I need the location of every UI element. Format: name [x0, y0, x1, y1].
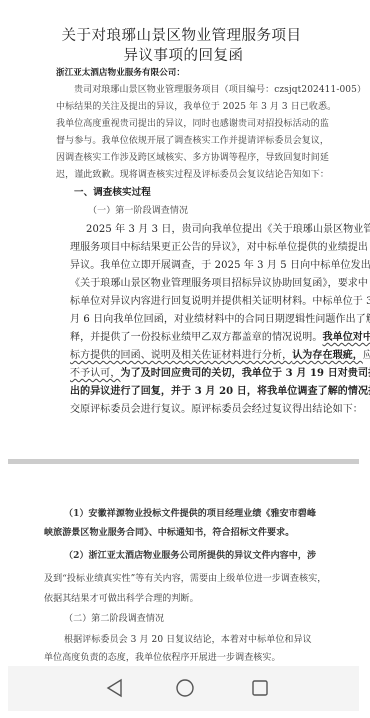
body-line: 因调查核实工作涉及跨区域核实、多方协调等程序，导致回复时间延	[56, 150, 329, 163]
document-title-line-2: 异议事项的回复函	[8, 44, 359, 65]
page2-line: 及到“投标业绩真实性”等有关内容，需要由上级单位进一步调查核实，	[44, 571, 326, 584]
stage1-line7-a: 释，并提供了一份投标业绩甲乙双方都盖章的情况说明。	[70, 332, 323, 343]
back-button[interactable]	[103, 676, 127, 700]
stage2-line: 单位高度负责的态度，我单位依程序开展进一步调查核实。	[44, 650, 281, 663]
stage1-line: 不予认可，为了及时回应贵司的关切，我单位于 3 月 19 日对贵司提	[70, 364, 370, 379]
subsection-heading-2: （二）第二阶段调查情况	[64, 611, 164, 624]
stage1-line8-c: 应	[363, 350, 370, 361]
highlighted-text: 不予认可，	[70, 368, 121, 379]
stage1-line: 标单位对异议内容进行回复说明并提供相关证明材料。中标单位于 3	[70, 292, 370, 307]
highlighted-text: 认为存在瑕疵，	[292, 350, 363, 361]
stage2-line: 根据评标委员会 3 月 20 日复议结论，本着对中标单位和异议	[64, 632, 312, 645]
subsection-heading-1: （一）第一阶段调查情况	[88, 203, 188, 216]
home-circle-icon	[175, 678, 195, 698]
stage1-line: 异议。我单位立即开展调查，于 2025 年 3 月 5 日向中标单位发出	[70, 256, 370, 271]
document-page-1: 关于对琅琊山景区物业管理服务项目 异议事项的回复函 浙江亚太酒店物业服务有限公司…	[8, 0, 359, 455]
page2-line: 峡旅游景区物业服务合同》、中标通知书，符合招标文件要求。	[44, 525, 294, 538]
stage1-line9-b: 为了及时回应贵司的关切，我单位于 3 月 19 日对贵司提	[121, 368, 370, 379]
recent-apps-button[interactable]	[248, 676, 272, 700]
page2-line: （2）浙江亚太酒店物业服务公司所提供的异议文件内容中，涉	[64, 548, 316, 561]
stage1-line: 理服务项目中标结果更正公告的异议》，对中标单位提供的业绩提出	[70, 238, 368, 253]
page2-line: （1）安徽祥源物业投标文件提供的项目经理业绩《雅安市碧峰	[64, 506, 316, 519]
stage1-line: 月 6 日向我单位回函，对业绩材料中的合同日期逻辑性问题作出了解	[70, 310, 370, 325]
highlighted-text: 我单位对中	[323, 332, 370, 343]
stage1-line: 交原评标委员会进行复议。原评标委员会经过复议得出结论如下：	[70, 400, 363, 415]
stage1-line: 标方提供的回函、说明及相关佐证材料进行分析，认为存在瑕疵，应	[70, 346, 370, 361]
document-page-2: （1）安徽祥源物业投标文件提供的项目经理业绩《雅安市碧峰 峡旅游景区物业服务合同…	[8, 464, 359, 656]
stage1-line: 2025 年 3 月 3 日，贵司向我单位提出《关于琅琊山景区物业管	[86, 220, 370, 235]
highlighted-text: 标方提供的回函、说明及相关佐证材料进行分析，	[70, 350, 292, 361]
body-line: 督与参与。我单位依规开展了调查核实工作并提请评标委员会复议，	[56, 133, 329, 146]
body-line: 贵司对琅琊山景区物业管理服务项目（项目编号：czsjqt202411-005）	[74, 82, 366, 95]
body-line: 我单位高度重视贵司提出的异议，同时也感谢贵司对招投标活动的监	[56, 116, 329, 129]
section-heading-1: 一、调查核实过程	[74, 184, 151, 198]
home-button[interactable]	[173, 676, 197, 700]
stage1-line: 释，并提供了一份投标业绩甲乙双方都盖章的情况说明。我单位对中	[70, 328, 370, 343]
recents-square-icon	[251, 679, 269, 697]
document-title-line-1: 关于对琅琊山景区物业管理服务项目	[6, 24, 357, 45]
page2-line: 依据其结果才可做出科学合理的判断。	[44, 591, 199, 604]
body-line: 中标结果的关注及提出的异议，我单位于 2025 年 3 月 3 日已收悉。	[56, 99, 336, 112]
body-line: 迟，谨此致歉。现将调查核实过程及评标委员会复议结论告知如下：	[56, 167, 329, 180]
stage1-line: 出的异议进行了回复，并于 3 月 20 日，将我单位调查了解的情况提	[70, 382, 370, 397]
stage1-line: 《关于琅琊山景区物业管理服务项目招标异议协助回复函》，要求中	[70, 274, 368, 289]
android-navigation-bar	[8, 666, 359, 711]
addressee: 浙江亚太酒店物业服务有限公司：	[56, 66, 185, 78]
back-triangle-icon	[106, 678, 124, 698]
